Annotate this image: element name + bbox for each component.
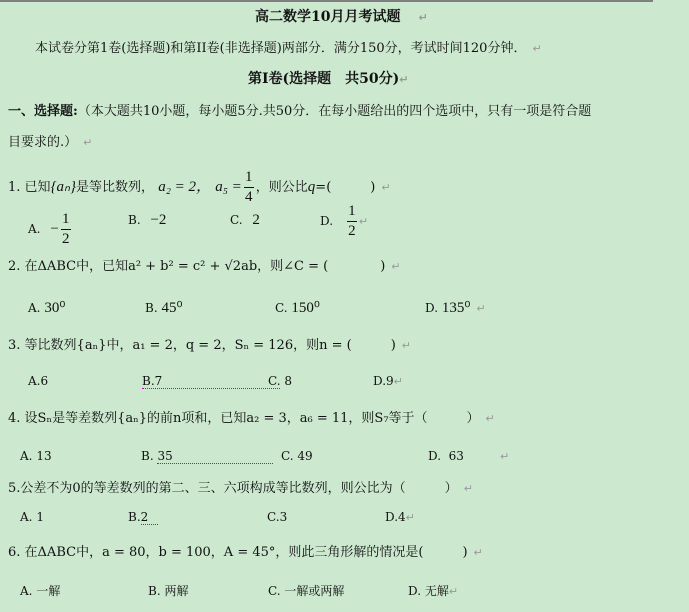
paragraph-mark-icon: ↵ bbox=[406, 511, 415, 524]
paragraph-mark-icon: ↵ bbox=[476, 302, 485, 315]
q1-a2: a₂ = 2， bbox=[158, 179, 211, 195]
question-number: 4. bbox=[8, 411, 20, 426]
option-label: C. bbox=[268, 374, 281, 388]
option-value: 30⁰ bbox=[44, 300, 65, 316]
q1-option-d[interactable]: D. 12↵ bbox=[320, 204, 368, 239]
section-description-line2: 目要求的.）↵ bbox=[8, 134, 92, 152]
option-value: 3 bbox=[280, 510, 288, 524]
section-description-line1: 一、选择题:（本大题共10小题，每小题5分.共50分．在每小题给出的四个选项中，… bbox=[8, 103, 591, 121]
question-6: 6. 在ΔABC中，a = 80，b = 100，A = 45°，则此三角形解的… bbox=[8, 544, 483, 562]
paragraph-mark-icon: ↵ bbox=[391, 260, 400, 273]
option-value: 一解 bbox=[36, 584, 60, 598]
q3-option-b[interactable]: B.7 bbox=[142, 374, 280, 388]
question-2: 2. 在ΔABC中，已知a² + b² = c² + √2ab，则∠C = ( … bbox=[8, 258, 401, 276]
option-label: D. bbox=[408, 584, 421, 598]
option-value: −2 bbox=[150, 212, 166, 228]
q3-option-a[interactable]: A.6 bbox=[28, 374, 48, 388]
option-label: A. bbox=[28, 374, 40, 388]
q1-text: ，则公比 bbox=[256, 180, 308, 195]
q2-option-a[interactable]: A. 30⁰ bbox=[28, 298, 65, 317]
q4-option-c[interactable]: C. 49 bbox=[281, 449, 313, 463]
q1-a5: a₅ = bbox=[215, 179, 242, 195]
paragraph-mark-icon: ↵ bbox=[464, 482, 473, 495]
q5-option-b[interactable]: B.2 bbox=[128, 510, 158, 524]
fraction-denominator: 4 bbox=[245, 190, 253, 205]
option-value: 135⁰ bbox=[442, 300, 471, 316]
q6-option-d[interactable]: D. 无解↵ bbox=[408, 582, 458, 599]
q4-option-d[interactable]: D. 63↵ bbox=[428, 449, 509, 463]
option-label: A. bbox=[20, 449, 32, 463]
option-label: B. bbox=[145, 301, 158, 315]
option-label: D. bbox=[425, 301, 438, 315]
q3-option-d[interactable]: D.9↵ bbox=[373, 374, 403, 388]
option-value: 49 bbox=[297, 449, 312, 463]
question-stem: 公差不为0的等差数列的第二、三、六项构成等比数列，则公比为（ ） bbox=[20, 481, 457, 496]
option-value: 7 bbox=[155, 374, 163, 388]
option-label: A. bbox=[20, 510, 32, 524]
q1-option-a[interactable]: A. −12 bbox=[28, 212, 73, 247]
q4-option-a[interactable]: A. 13 bbox=[20, 449, 52, 463]
q5-option-a[interactable]: A. 1 bbox=[20, 510, 44, 524]
option-label: D. bbox=[385, 510, 398, 524]
paragraph-mark-icon: ↵ bbox=[359, 215, 368, 228]
q4-option-b[interactable]: B. 35 bbox=[141, 449, 273, 463]
q5-option-d[interactable]: D.4↵ bbox=[385, 510, 415, 524]
q2-option-b[interactable]: B. 45⁰ bbox=[145, 298, 182, 317]
option-value: 13 bbox=[36, 449, 51, 463]
exam-intro-text: 本试卷分第1卷(选择题)和第II卷(非选择题)两部分．满分150分，考试时间12… bbox=[35, 41, 526, 56]
option-label: A. bbox=[28, 301, 40, 315]
option-label: B. bbox=[141, 449, 154, 463]
option-value: 2 bbox=[252, 212, 260, 228]
option-value: 45⁰ bbox=[161, 300, 182, 316]
option-value: 8 bbox=[284, 374, 292, 388]
option-label: C. bbox=[281, 449, 294, 463]
paragraph-mark-icon: ↵ bbox=[394, 375, 403, 388]
option-value: 两解 bbox=[164, 584, 188, 598]
option-label: A. bbox=[20, 584, 32, 598]
q1-text: 是等比数列， bbox=[76, 180, 154, 195]
option-label: B. bbox=[128, 213, 141, 227]
exam-title-text: 高二数学10月月考试题 bbox=[255, 9, 400, 25]
option-label: C. bbox=[230, 213, 243, 227]
question-number: 1. bbox=[8, 180, 20, 195]
option-label: C. bbox=[268, 584, 281, 598]
question-stem: 在ΔABC中，a = 80，b = 100，A = 45°，则此三角形解的情况是… bbox=[25, 545, 468, 560]
paragraph-mark-icon: ↵ bbox=[474, 546, 483, 559]
question-number: 5. bbox=[8, 481, 20, 496]
option-label: D. bbox=[373, 374, 386, 388]
option-value: 63 bbox=[449, 449, 464, 463]
q1-fraction: 14 bbox=[244, 170, 254, 205]
option-label: C. bbox=[275, 301, 288, 315]
option-value: 150⁰ bbox=[291, 300, 320, 316]
exam-title: 高二数学10月月考试题↵ bbox=[255, 8, 428, 27]
fraction-numerator: 1 bbox=[245, 170, 253, 185]
question-5: 5.公差不为0的等差数列的第二、三、六项构成等比数列，则公比为（ ）↵ bbox=[8, 480, 473, 498]
question-3: 3. 等比数列{aₙ}中，a₁ = 2，q = 2，Sₙ = 126，则n = … bbox=[8, 337, 411, 355]
option-label: D. bbox=[320, 214, 333, 228]
part1-heading-text: 第I卷(选择题 共50分) bbox=[248, 71, 399, 87]
option-label: B. bbox=[128, 510, 141, 524]
option-value: 一解或两解 bbox=[284, 584, 344, 598]
option-value: 2 bbox=[141, 510, 159, 525]
question-1: 1. 已知{aₙ}是等比数列， a₂ = 2， a₅ =14，则公比q=( )↵ bbox=[8, 170, 391, 205]
paragraph-mark-icon: ↵ bbox=[486, 412, 495, 425]
q6-option-c[interactable]: C. 一解或两解 bbox=[268, 582, 344, 599]
paragraph-mark-icon: ↵ bbox=[500, 450, 509, 463]
option-value: 35 bbox=[157, 449, 272, 464]
option-label: D. bbox=[428, 449, 441, 463]
question-number: 3. bbox=[8, 338, 20, 353]
section-desc-text-2: 目要求的.） bbox=[8, 135, 77, 150]
question-number: 6. bbox=[8, 545, 20, 560]
q2-option-d[interactable]: D. 135⁰↵ bbox=[425, 298, 486, 317]
q2-option-c[interactable]: C. 150⁰ bbox=[275, 298, 320, 317]
q5-option-c[interactable]: C.3 bbox=[267, 510, 287, 524]
option-label: A. bbox=[28, 222, 40, 236]
q1-sequence: {aₙ} bbox=[51, 179, 76, 195]
option-value: 1 bbox=[36, 510, 44, 524]
exam-intro: 本试卷分第1卷(选择题)和第II卷(非选择题)两部分．满分150分，考试时间12… bbox=[35, 40, 542, 58]
q6-option-a[interactable]: A. 一解 bbox=[20, 582, 60, 599]
q3-option-c[interactable]: C. 8 bbox=[268, 374, 292, 388]
question-number: 2. bbox=[8, 259, 20, 274]
section-desc-text-1: （本大题共10小题，每小题5分.共50分．在每小题给出的四个选项中，只有一项是符… bbox=[78, 104, 592, 119]
option-label: B. bbox=[142, 374, 155, 388]
paragraph-mark-icon: ↵ bbox=[381, 181, 390, 194]
q1-text: 已知 bbox=[25, 180, 51, 195]
option-value: 6 bbox=[40, 374, 48, 388]
paragraph-mark-icon: ↵ bbox=[83, 136, 92, 149]
option-fraction: 12 bbox=[61, 212, 71, 247]
section-label: 一、选择题: bbox=[8, 104, 78, 119]
question-stem: 设Sₙ是等差数列{aₙ}的前n项和，已知a₂ = 3，a₆ = 11，则S₇等于… bbox=[25, 411, 480, 426]
q1-blank: =( ) bbox=[315, 180, 375, 195]
option-fraction: 12 bbox=[347, 204, 357, 239]
paragraph-mark-icon: ↵ bbox=[532, 42, 541, 55]
q1-option-c[interactable]: C. 2 bbox=[230, 212, 260, 229]
option-value: 4 bbox=[398, 510, 406, 524]
part1-heading: 第I卷(选择题 共50分)↵ bbox=[248, 70, 409, 89]
paragraph-mark-icon: ↵ bbox=[418, 11, 427, 24]
question-stem: 等比数列{aₙ}中，a₁ = 2，q = 2，Sₙ = 126，则n = ( ) bbox=[25, 338, 396, 353]
q1-option-b[interactable]: B. −2 bbox=[128, 212, 166, 229]
paragraph-mark-icon: ↵ bbox=[399, 73, 408, 86]
q6-option-b[interactable]: B. 两解 bbox=[148, 582, 188, 599]
option-label: C. bbox=[267, 510, 280, 524]
paragraph-mark-icon: ↵ bbox=[402, 339, 411, 352]
question-stem: 在ΔABC中，已知a² + b² = c² + √2ab，则∠C = ( ) bbox=[25, 259, 386, 274]
page-top-border bbox=[0, 0, 653, 2]
question-4: 4. 设Sₙ是等差数列{aₙ}的前n项和，已知a₂ = 3，a₆ = 11，则S… bbox=[8, 410, 495, 428]
option-value: 无解 bbox=[425, 584, 449, 598]
paragraph-mark-icon: ↵ bbox=[449, 585, 458, 598]
option-label: B. bbox=[148, 584, 161, 598]
option-value: 9 bbox=[386, 374, 394, 388]
